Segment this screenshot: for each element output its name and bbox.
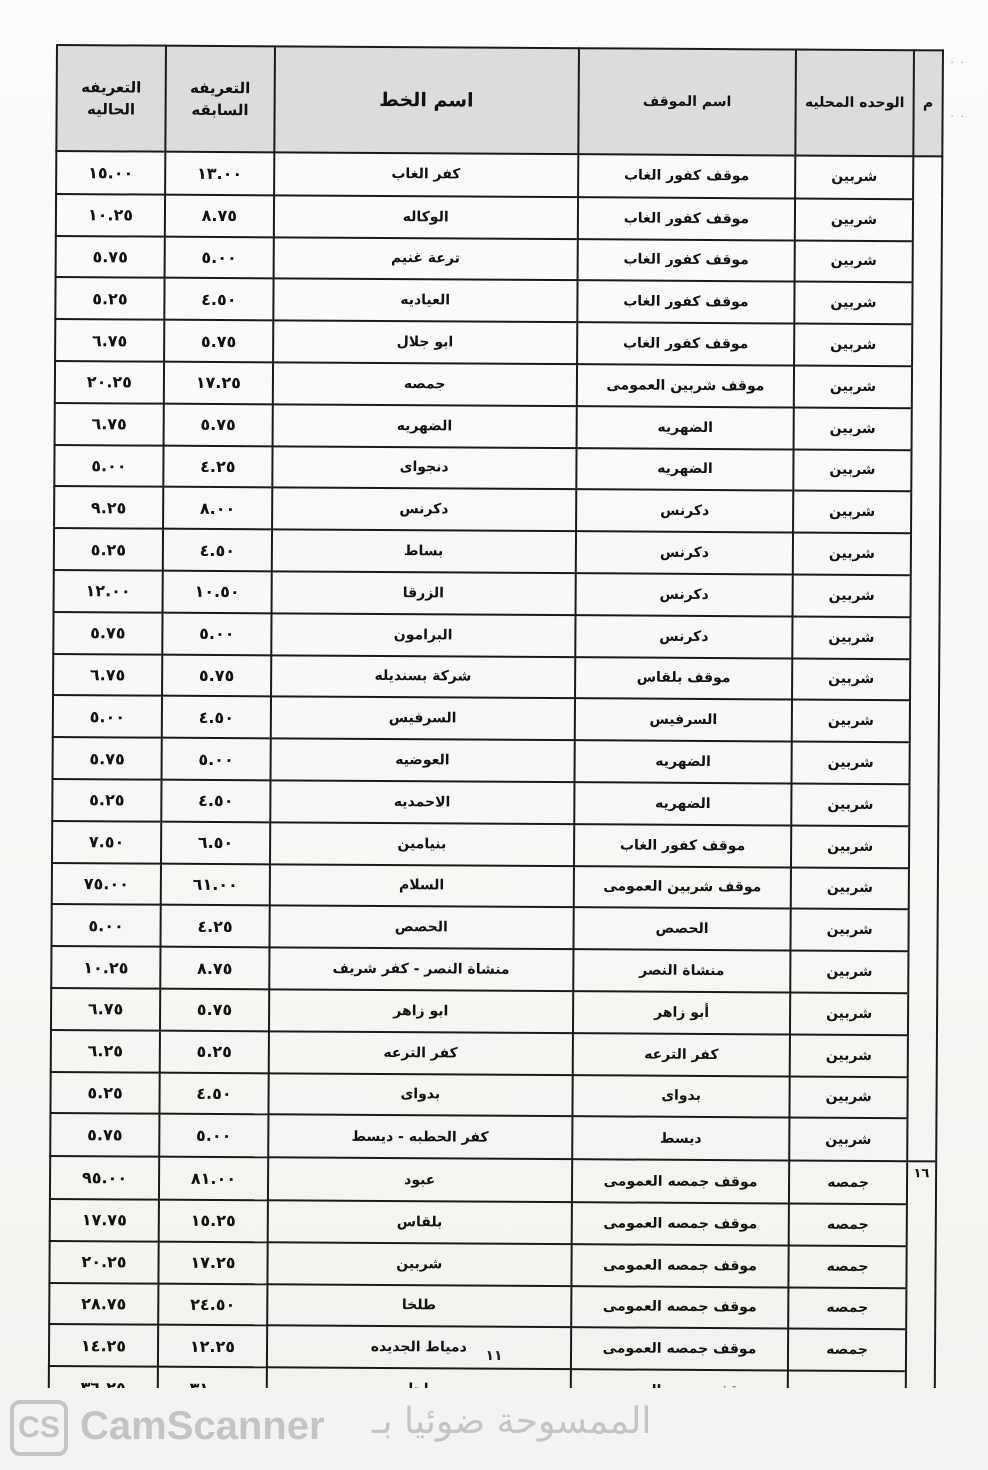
row-index-cell bbox=[908, 910, 938, 952]
table-row: شربينالسرفيسالسرفيس٤.٥٠٥.٠٠ bbox=[53, 695, 939, 742]
stop-name-cell: موقف بلقاس bbox=[575, 657, 793, 700]
local-unit-cell: شربين bbox=[795, 156, 913, 200]
local-unit-cell: شربين bbox=[793, 574, 911, 617]
line-name-cell: بنيامين bbox=[270, 822, 574, 866]
previous-fare-cell: ٤.٥٠ bbox=[164, 278, 273, 320]
previous-fare-cell: ٤.٢٥ bbox=[163, 445, 272, 487]
scan-artifact: · · bbox=[950, 112, 966, 123]
previous-fare-cell: ٤.٥٠ bbox=[159, 1072, 268, 1114]
local-unit-cell: شربين bbox=[790, 1076, 908, 1119]
row-index-cell: ١٦ bbox=[907, 1161, 937, 1204]
line-name-cell: الزرقا bbox=[271, 571, 575, 615]
previous-fare-cell: ٥.٧٥ bbox=[164, 320, 273, 362]
stop-name-cell: ديسط bbox=[572, 1117, 790, 1161]
row-index-cell bbox=[909, 826, 939, 868]
row-index-cell bbox=[911, 450, 941, 492]
local-unit-cell: شربين bbox=[794, 366, 912, 409]
table-header-row: م الوحده المحليه اسم الموقف اسم الخط الت… bbox=[56, 45, 943, 156]
row-index-cell bbox=[906, 1288, 936, 1330]
stop-name-cell: السرفيس bbox=[574, 699, 792, 742]
current-fare-cell: ٦.٧٥ bbox=[55, 403, 164, 445]
current-fare-cell: ٦.٢٥ bbox=[51, 1030, 160, 1072]
table-row: شربينموقف كفور الغابكفر الغاب١٣.٠٠١٥.٠٠ bbox=[56, 151, 942, 199]
row-index-cell bbox=[912, 241, 942, 283]
table-row: جمصهموقف جمصه العمومىشربين١٧.٢٥٢٠.٢٥ bbox=[49, 1241, 935, 1288]
stop-name-cell: موقف جمصه العمومى bbox=[571, 1286, 789, 1329]
table-row: شربينديسطكفر الحطبه - ديسط٥.٠٠٥.٧٥ bbox=[50, 1113, 936, 1161]
row-index-cell bbox=[909, 701, 939, 743]
camscanner-arabic-caption: الممسوحة ضوئيا بـ bbox=[372, 1392, 651, 1452]
table-row: شربينالضهريهالضهريه٥.٧٥٦.٧٥ bbox=[55, 403, 941, 450]
previous-fare-cell: ٨.٠٠ bbox=[163, 487, 272, 529]
stop-name-cell: الضهريه bbox=[576, 448, 794, 491]
current-fare-cell: ٢٨.٧٥ bbox=[49, 1282, 158, 1324]
table-row: شربينكفر الترعهكفر الترعه٥.٢٥٦.٢٥ bbox=[51, 1030, 937, 1077]
table-row: شربينبدواىبدواى٤.٥٠٥.٢٥ bbox=[50, 1072, 936, 1119]
local-unit-cell: شربين bbox=[793, 533, 911, 576]
stop-name-cell: موقف جمصه العمومى bbox=[571, 1244, 789, 1287]
current-fare-cell: ١٥.٠٠ bbox=[56, 151, 165, 194]
line-name-cell: بدواى bbox=[268, 1073, 572, 1117]
row-index-cell bbox=[912, 283, 942, 325]
local-unit-cell: شربين bbox=[791, 825, 909, 868]
line-name-cell: منشاة النصر - كفر شريف bbox=[269, 947, 573, 991]
row-index-cell bbox=[910, 533, 940, 575]
line-name-cell: السلام bbox=[270, 864, 574, 908]
current-fare-cell: ٥.٠٠ bbox=[51, 904, 160, 946]
current-fare-cell: ٧٥.٠٠ bbox=[52, 863, 161, 905]
row-index-cell bbox=[908, 993, 938, 1035]
current-fare-cell: ٧.٥٠ bbox=[52, 821, 161, 863]
previous-fare-cell: ٤.٥٠ bbox=[162, 696, 271, 738]
camscanner-brand: CamScanner bbox=[80, 1396, 325, 1456]
header-line-name: اسم الخط bbox=[274, 46, 578, 154]
local-unit-cell: شربين bbox=[794, 449, 912, 492]
current-fare-cell: ٩.٢٥ bbox=[54, 486, 163, 528]
line-name-cell: جمصه bbox=[273, 362, 577, 406]
row-index-cell bbox=[910, 617, 940, 659]
table-row: شربيندكرنسدكرنس٨.٠٠٩.٢٥ bbox=[54, 486, 940, 533]
local-unit-cell: شربين bbox=[791, 951, 909, 994]
previous-fare-cell: ٦١.٠٠ bbox=[161, 863, 270, 905]
camscanner-logo-icon: CS bbox=[10, 1400, 68, 1456]
previous-fare-cell: ١٥.٢٥ bbox=[159, 1200, 268, 1242]
stop-name-cell: موقف كفور الغاب bbox=[577, 197, 795, 240]
row-index-cell bbox=[910, 659, 940, 701]
row-index-cell bbox=[907, 1035, 937, 1077]
local-unit-cell: شربين bbox=[793, 616, 911, 659]
table-row: شربينموقف كفور الغابالعياديه٤.٥٠٥.٢٥ bbox=[55, 277, 941, 324]
row-index-cell bbox=[908, 951, 938, 993]
line-name-cell: ترعة غنيم bbox=[273, 237, 577, 281]
fare-table: م الوحده المحليه اسم الموقف اسم الخط الت… bbox=[48, 44, 944, 1414]
current-fare-cell: ١٧.٧٥ bbox=[50, 1199, 159, 1241]
row-index-cell bbox=[913, 156, 943, 199]
scan-artifact: · · bbox=[950, 58, 966, 69]
stop-name-cell: دكرنس bbox=[576, 490, 794, 533]
line-name-cell: طلخا bbox=[267, 1284, 571, 1328]
previous-fare-cell: ٨.٧٥ bbox=[165, 194, 274, 236]
table-body: شربينموقف كفور الغابكفر الغاب١٣.٠٠١٥.٠٠ش… bbox=[49, 151, 943, 1413]
local-unit-cell: شربين bbox=[791, 867, 909, 910]
local-unit-cell: جمصه bbox=[789, 1203, 907, 1246]
local-unit-cell: شربين bbox=[795, 282, 913, 325]
stop-name-cell: موقف كفور الغاب bbox=[577, 322, 795, 365]
current-fare-cell: ٥.٧٥ bbox=[50, 1113, 159, 1156]
stop-name-cell: الضهريه bbox=[574, 740, 792, 783]
local-unit-cell: جمصه bbox=[789, 1245, 907, 1288]
local-unit-cell: شربين bbox=[792, 700, 910, 743]
stop-name-cell: موقف كفور الغاب bbox=[574, 824, 792, 867]
row-index-cell bbox=[906, 1246, 936, 1288]
current-fare-cell: ٩٥.٠٠ bbox=[50, 1156, 159, 1199]
current-fare-cell: ٥.٢٥ bbox=[50, 1072, 159, 1114]
line-name-cell: ابو جلال bbox=[273, 321, 577, 365]
table-row: شربيندكرنسالزرقا١٠.٥٠١٢.٠٠ bbox=[54, 570, 940, 617]
table-row: شربيندكرنسالبرامون٥.٠٠٥.٧٥ bbox=[53, 612, 939, 659]
stop-name-cell: دكرنس bbox=[575, 615, 793, 658]
line-name-cell: كفر الترعه bbox=[269, 1031, 573, 1075]
line-name-cell: شركة بسنديله bbox=[271, 655, 575, 699]
table-row: شربينموقف كفور الغابالوكاله٨.٧٥١٠.٢٥ bbox=[56, 194, 942, 241]
current-fare-cell: ٥.٠٠ bbox=[53, 695, 162, 737]
local-unit-cell: شربين bbox=[790, 992, 908, 1035]
local-unit-cell: جمصه bbox=[789, 1161, 907, 1205]
current-fare-cell: ٥.٧٥ bbox=[53, 612, 162, 654]
current-fare-cell: ٦.٧٥ bbox=[55, 319, 164, 361]
current-fare-cell: ٢٠.٢٥ bbox=[55, 361, 164, 403]
stop-name-cell: موقف كفور الغاب bbox=[577, 281, 795, 324]
previous-fare-cell: ١٠.٥٠ bbox=[162, 571, 271, 613]
stop-name-cell: موقف كفور الغاب bbox=[578, 154, 796, 198]
line-name-cell: كفر الحطبه - ديسط bbox=[268, 1115, 572, 1160]
table-row: شربينموقف كفور الغابابو جلال٥.٧٥٦.٧٥ bbox=[55, 319, 941, 366]
stop-name-cell: موقف شربين العمومى bbox=[573, 866, 791, 909]
previous-fare-cell: ٨١.٠٠ bbox=[159, 1157, 268, 1200]
header-m: م bbox=[913, 50, 943, 156]
table-row: شربينموقف كفور الغابترعة غنيم٥.٠٠٥.٧٥ bbox=[56, 236, 942, 283]
table-row: جمصهموقف جمصه العمومىطلخا٢٤.٥٠٢٨.٧٥ bbox=[49, 1282, 935, 1329]
local-unit-cell: شربين bbox=[794, 407, 912, 450]
local-unit-cell: شربين bbox=[790, 1034, 908, 1077]
current-fare-cell: ٥.٢٥ bbox=[54, 528, 163, 570]
table-row: شربينمنشاة النصرمنشاة النصر - كفر شريف٨.… bbox=[51, 946, 937, 993]
local-unit-cell: شربين bbox=[790, 1118, 908, 1162]
row-index-cell bbox=[909, 742, 939, 784]
previous-fare-cell: ٤.٥٠ bbox=[161, 780, 270, 822]
local-unit-cell: جمصه bbox=[789, 1287, 907, 1330]
previous-fare-cell: ٥.٠٠ bbox=[165, 236, 274, 278]
line-name-cell: كفر الغاب bbox=[274, 152, 578, 197]
table-row: شربينموقف شربين العمومىجمصه١٧.٢٥٢٠.٢٥ bbox=[55, 361, 941, 408]
current-fare-cell: ٥.٢٥ bbox=[52, 779, 161, 821]
current-fare-cell: ٥.٢٥ bbox=[55, 277, 164, 319]
table-row: شربينموقف كفور الغاببنيامين٦.٥٠٧.٥٠ bbox=[52, 821, 938, 868]
row-index-cell bbox=[907, 1077, 937, 1119]
stop-name-cell: موقف شربين العمومى bbox=[576, 364, 794, 407]
line-name-cell: بساط bbox=[272, 529, 576, 573]
line-name-cell: الحصص bbox=[269, 906, 573, 950]
previous-fare-cell: ٥.٢٥ bbox=[160, 1030, 269, 1072]
local-unit-cell: شربين bbox=[792, 658, 910, 701]
row-index-cell bbox=[909, 784, 939, 826]
previous-fare-cell: ٦.٥٠ bbox=[161, 821, 270, 863]
table-row: شربينالضهريهدنجواى٤.٢٥٥.٠٠ bbox=[54, 445, 940, 492]
previous-fare-cell: ٥.٧٥ bbox=[164, 403, 273, 445]
line-name-cell: العياديه bbox=[273, 279, 577, 323]
row-index-cell bbox=[912, 324, 942, 366]
local-unit-cell: شربين bbox=[795, 198, 913, 241]
row-index-cell bbox=[908, 868, 938, 910]
current-fare-cell: ٦.٧٥ bbox=[53, 654, 162, 696]
table-row: شربينالضهريهالاحمديه٤.٥٠٥.٢٥ bbox=[52, 779, 938, 826]
row-index-cell bbox=[911, 492, 941, 534]
table-row: شربينموقف شربين العمومىالسلام٦١.٠٠٧٥.٠٠ bbox=[52, 863, 938, 910]
row-index-cell bbox=[907, 1119, 937, 1162]
header-previous-fare: التعريفه السابقه bbox=[165, 46, 275, 153]
row-index-cell bbox=[910, 575, 940, 617]
stop-name-cell: موقف جمصه العمومى bbox=[571, 1202, 789, 1245]
current-fare-cell: ١٠.٢٥ bbox=[56, 194, 165, 236]
previous-fare-cell: ٥.٠٠ bbox=[161, 738, 270, 780]
stop-name-cell: منشاة النصر bbox=[573, 949, 791, 992]
line-name-cell: السرفيس bbox=[271, 697, 575, 741]
table-row: شربينالضهريهالعوضيه٥.٠٠٥.٧٥ bbox=[53, 737, 939, 784]
previous-fare-cell: ٤.٢٥ bbox=[160, 905, 269, 947]
current-fare-cell: ٢٠.٢٥ bbox=[49, 1241, 158, 1283]
current-fare-cell: ٦.٧٥ bbox=[51, 988, 160, 1030]
line-name-cell: ابو زاهر bbox=[269, 989, 573, 1033]
stop-name-cell: الضهريه bbox=[576, 406, 794, 449]
local-unit-cell: شربين bbox=[791, 909, 909, 952]
previous-fare-cell: ١٣.٠٠ bbox=[165, 152, 274, 195]
current-fare-cell: ١٠.٢٥ bbox=[51, 946, 160, 988]
table-row: شربينأبو زاهرابو زاهر٥.٧٥٦.٧٥ bbox=[51, 988, 937, 1035]
table-row: شربينموقف بلقاسشركة بسنديله٥.٧٥٦.٧٥ bbox=[53, 654, 939, 701]
previous-fare-cell: ٨.٧٥ bbox=[160, 947, 269, 989]
row-index-cell bbox=[911, 408, 941, 450]
header-local-unit: الوحده المحليه bbox=[796, 50, 914, 157]
stop-name-cell: موقف كفور الغاب bbox=[577, 239, 795, 282]
line-name-cell: شربين bbox=[267, 1242, 571, 1286]
line-name-cell: الضهريه bbox=[272, 404, 576, 448]
line-name-cell: دكرنس bbox=[272, 488, 576, 532]
current-fare-cell: ٥.٧٥ bbox=[53, 737, 162, 779]
previous-fare-cell: ٢٤.٥٠ bbox=[158, 1283, 267, 1325]
previous-fare-cell: ٥.٠٠ bbox=[159, 1114, 268, 1157]
table-row: ١٦جمصهموقف جمصه العمومىعبود٨١.٠٠٩٥.٠٠ bbox=[50, 1156, 936, 1204]
row-index-cell bbox=[913, 199, 943, 241]
table-row: شربينالحصصالحصص٤.٢٥٥.٠٠ bbox=[51, 904, 937, 951]
line-name-cell: العوضيه bbox=[270, 738, 574, 782]
stop-name-cell: دكرنس bbox=[575, 531, 793, 574]
previous-fare-cell: ٥.٠٠ bbox=[162, 612, 271, 654]
row-index-cell bbox=[911, 366, 941, 408]
line-name-cell: دنجواى bbox=[272, 446, 576, 490]
previous-fare-cell: ١٧.٢٥ bbox=[158, 1241, 267, 1283]
local-unit-cell: شربين bbox=[794, 324, 912, 367]
stop-name-cell: أبو زاهر bbox=[573, 991, 791, 1034]
line-name-cell: الوكاله bbox=[274, 195, 578, 239]
line-name-cell: البرامون bbox=[271, 613, 575, 657]
local-unit-cell: شربين bbox=[795, 240, 913, 283]
stop-name-cell: موقف جمصه العمومى bbox=[572, 1159, 790, 1203]
current-fare-cell: ١٢.٠٠ bbox=[54, 570, 163, 612]
fare-table-wrapper: م الوحده المحليه اسم الموقف اسم الخط الت… bbox=[48, 44, 944, 1414]
line-name-cell: عبود bbox=[268, 1157, 572, 1202]
current-fare-cell: ٥.٠٠ bbox=[54, 445, 163, 487]
stop-name-cell: كفر الترعه bbox=[572, 1033, 790, 1076]
previous-fare-cell: ٥.٧٥ bbox=[160, 989, 269, 1031]
scanned-page: · · · · م الوحده المحليه اسم الموقف اسم … bbox=[0, 0, 988, 1388]
stop-name-cell: دكرنس bbox=[575, 573, 793, 616]
table-row: شربيندكرنسبساط٤.٥٠٥.٢٥ bbox=[54, 528, 940, 575]
previous-fare-cell: ٤.٥٠ bbox=[163, 529, 272, 571]
header-current-fare: التعريفه الحاليه bbox=[56, 45, 166, 152]
current-fare-cell: ٥.٧٥ bbox=[56, 236, 165, 278]
header-stop-name: اسم الموقف bbox=[578, 48, 796, 155]
stop-name-cell: بدواى bbox=[572, 1075, 790, 1118]
line-name-cell: الاحمديه bbox=[270, 780, 574, 824]
previous-fare-cell: ٥.٧٥ bbox=[162, 654, 271, 696]
page-number: ١١ bbox=[0, 1348, 988, 1364]
local-unit-cell: شربين bbox=[793, 491, 911, 534]
line-name-cell: بلقاس bbox=[268, 1200, 572, 1244]
table-row: جمصهموقف جمصه العمومىبلقاس١٥.٢٥١٧.٧٥ bbox=[50, 1199, 936, 1246]
local-unit-cell: شربين bbox=[792, 783, 910, 826]
stop-name-cell: الحصص bbox=[573, 908, 791, 951]
previous-fare-cell: ١٧.٢٥ bbox=[164, 362, 273, 404]
stop-name-cell: الضهريه bbox=[574, 782, 792, 825]
row-index-cell bbox=[906, 1204, 936, 1246]
local-unit-cell: شربين bbox=[792, 742, 910, 785]
